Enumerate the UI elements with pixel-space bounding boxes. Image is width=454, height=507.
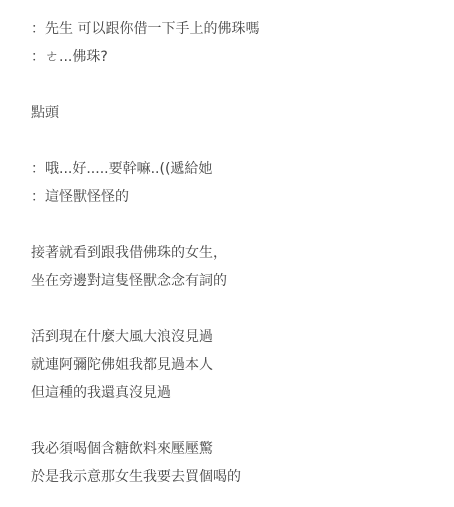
text-line: ：這怪獸怪怪的 xyxy=(31,183,259,211)
text-line: 坐在旁邊對這隻怪獸念念有詞的 xyxy=(31,267,259,295)
text-line: ：先生 可以跟你借一下手上的佛珠嗎 xyxy=(31,15,259,43)
text-line: 點頭 xyxy=(31,99,259,127)
text-line: 但這種的我還真沒見過 xyxy=(31,379,259,407)
text-line: ：ㄜ...佛珠? xyxy=(31,43,259,71)
blank-line xyxy=(31,407,259,435)
blank-line xyxy=(31,71,259,99)
text-line: 就連阿彌陀佛姐我都見過本人 xyxy=(31,351,259,379)
blank-line xyxy=(31,211,259,239)
post-body: ：先生 可以跟你借一下手上的佛珠嗎 ：ㄜ...佛珠? 點頭 ：哦...好....… xyxy=(31,15,259,491)
text-line: 接著就看到跟我借佛珠的女生， xyxy=(31,239,259,267)
blank-line xyxy=(31,295,259,323)
text-line: ：哦...好.....要幹嘛..((遞給她 xyxy=(31,155,259,183)
blank-line xyxy=(31,127,259,155)
text-line: 活到現在什麼大風大浪沒見過 xyxy=(31,323,259,351)
text-line: 我必須喝個含糖飲料來壓壓驚 xyxy=(31,435,259,463)
text-line: 於是我示意那女生我要去買個喝的 xyxy=(31,463,259,491)
